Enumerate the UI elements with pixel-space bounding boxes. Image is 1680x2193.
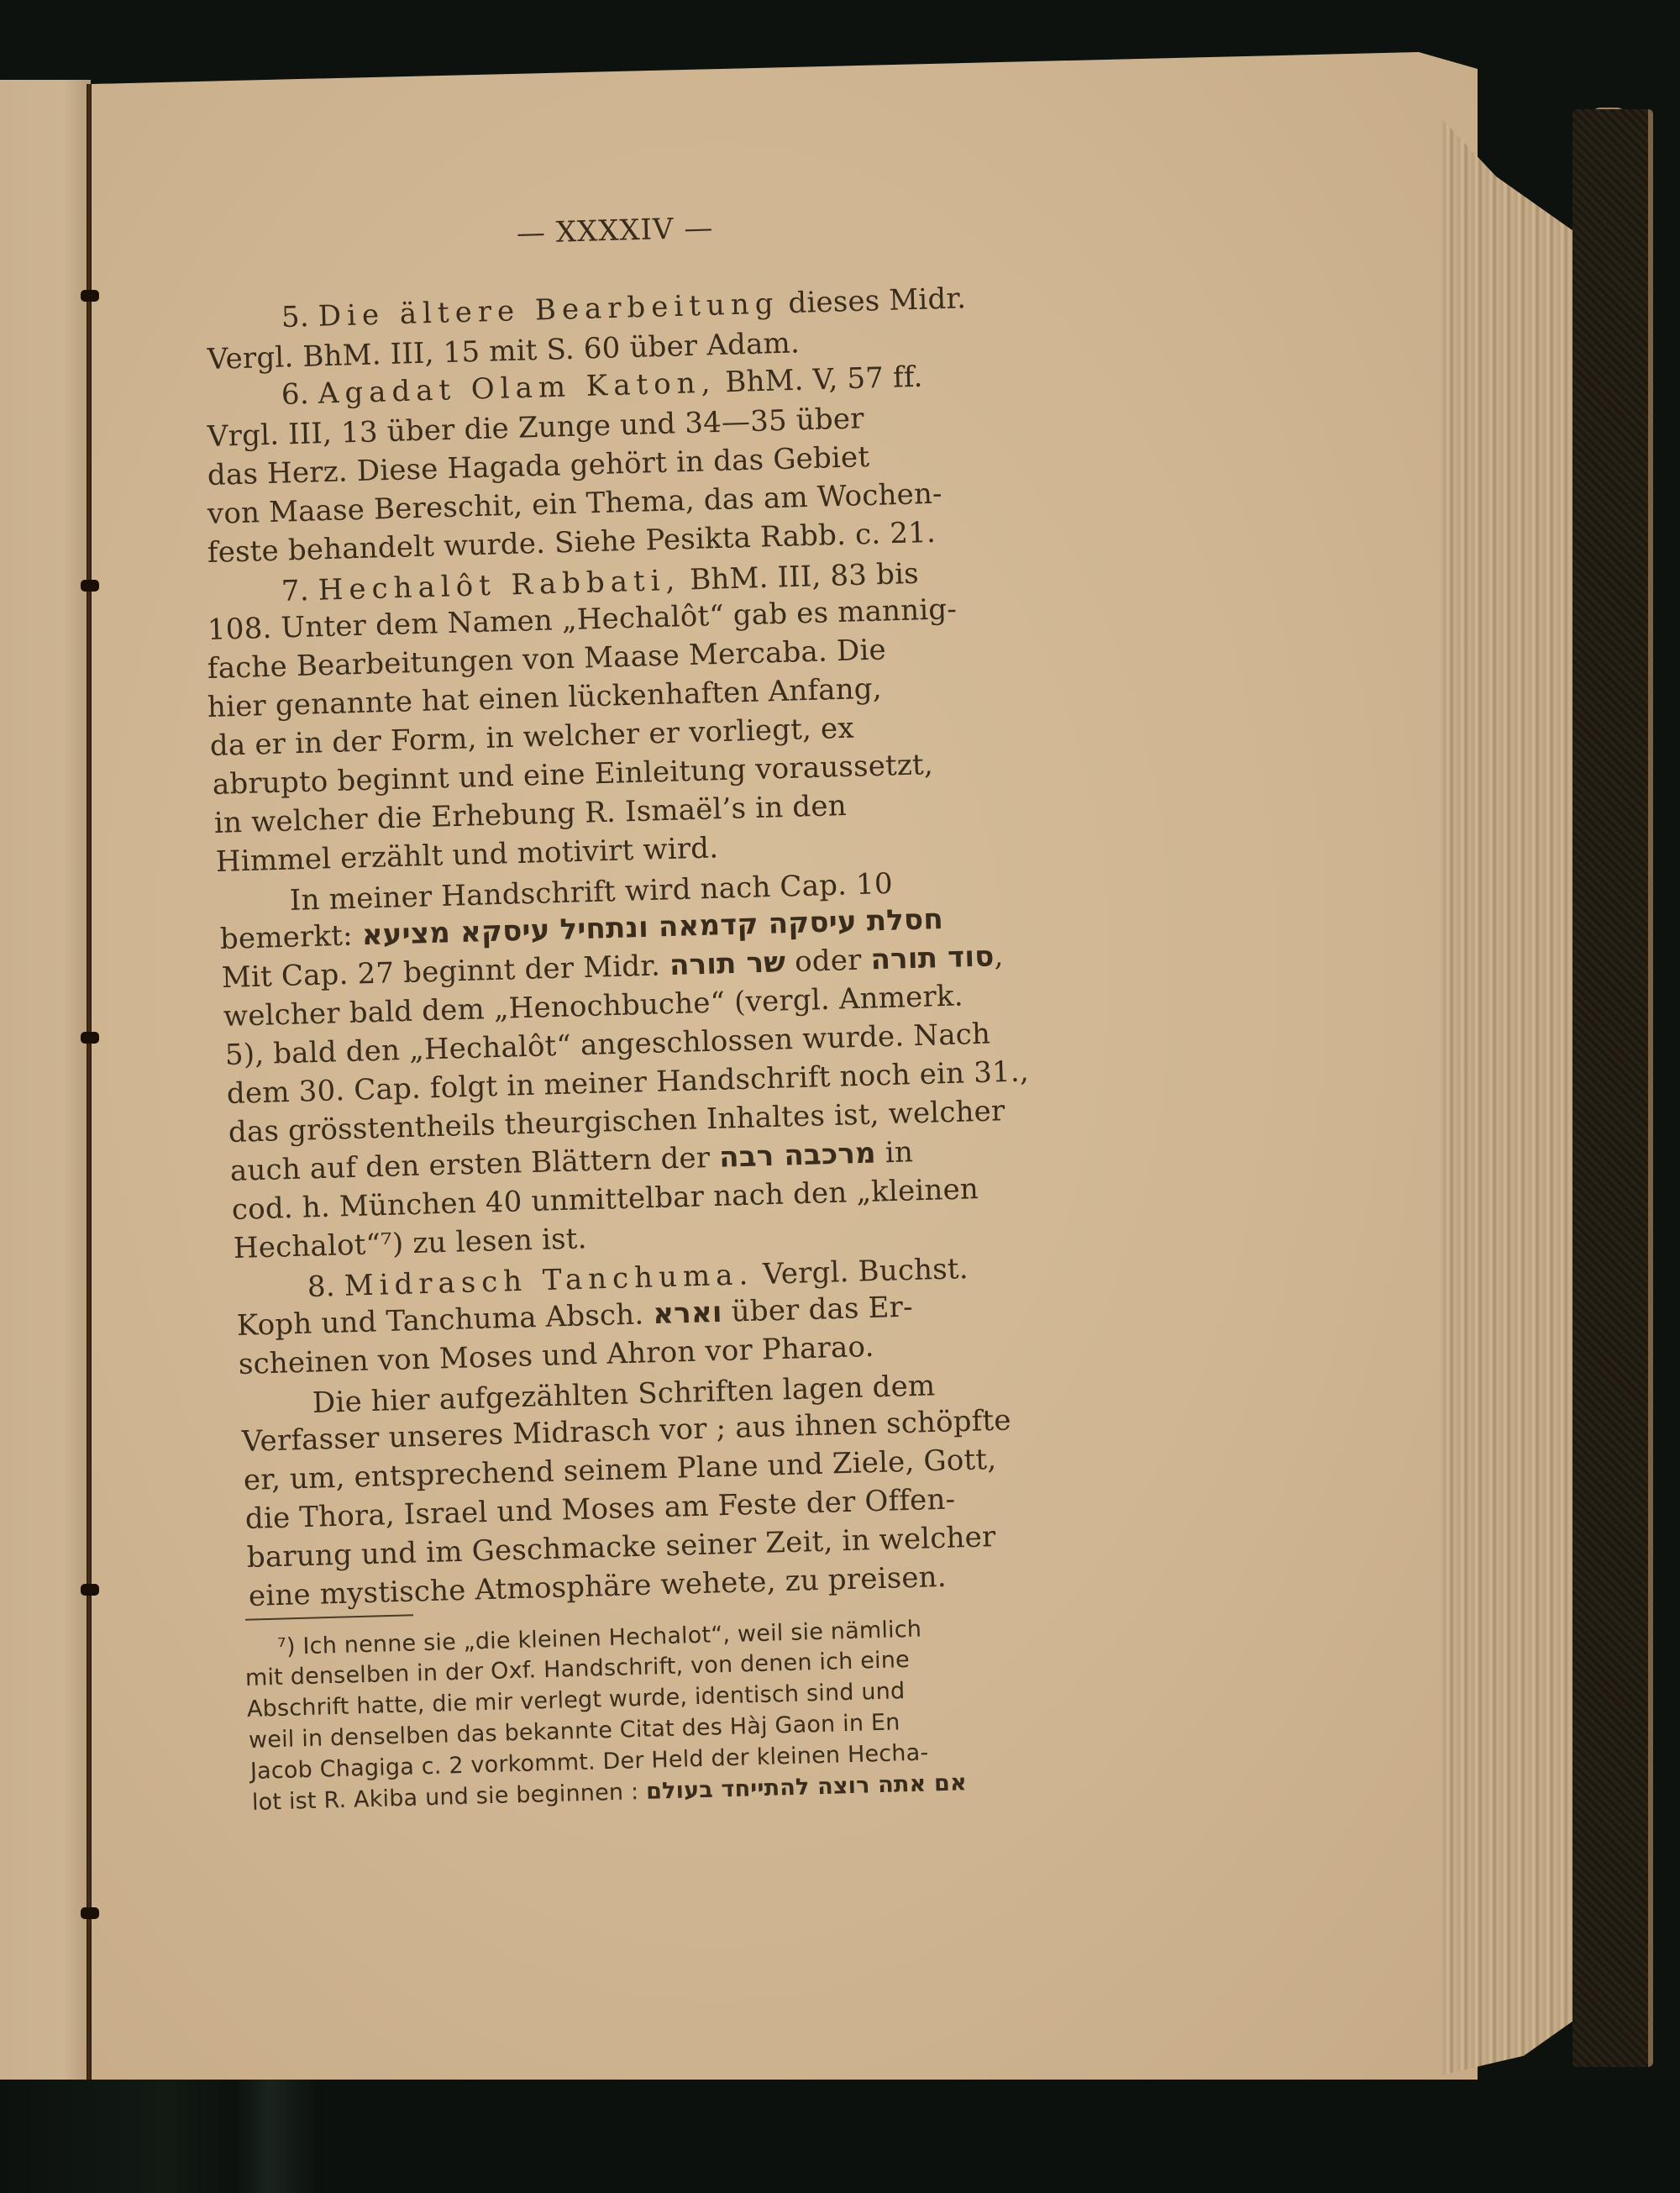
hebrew-text: אם אתה רוצה להתייחד בעולם — [646, 1770, 968, 1805]
body-line: Hechalot“⁷) zu lesen ist. — [233, 1222, 587, 1265]
emphasized-title: Agadat Olam Katon, — [318, 366, 717, 411]
text-run: lot ist R. Akiba und sie beginnen : — [252, 1779, 647, 1816]
text-run: BhM. V, 57 ff. — [716, 360, 923, 400]
text-run: oder — [785, 943, 872, 979]
hebrew-text: וארא — [653, 1296, 723, 1331]
body-line: Himmel erzählt und motivirt wird. — [215, 831, 718, 879]
text-run: 7. — [281, 574, 318, 608]
text-run: BhM. III, 83 bis — [680, 557, 920, 597]
hebrew-text: שר תורה — [669, 945, 785, 982]
hebrew-text: מרכבה רבה — [719, 1137, 877, 1175]
text-run: bemerkt: — [219, 918, 362, 956]
text-run: Hechalot“⁷) zu lesen ist. — [233, 1222, 587, 1265]
text-run: Vergl. Buchst. — [753, 1252, 969, 1291]
text-run: Mit Cap. 27 beginnt der Midr. — [221, 949, 669, 995]
text-run: Koph und Tanchuma Absch. — [236, 1297, 653, 1343]
text-run: 5. — [281, 300, 318, 334]
text-run: 6. — [281, 377, 318, 412]
running-head: — XXXXIV — — [516, 211, 713, 250]
emphasized-title: Die ältere Bearbeitung — [318, 287, 780, 333]
hebrew-text: סוד תורה — [870, 939, 995, 976]
text-run: dieses Midr. — [779, 281, 967, 320]
text-run: 8. — [307, 1270, 344, 1304]
body-line: 5. Die ältere Bearbeitung dieses Midr. — [281, 281, 966, 334]
emphasized-title: Hechalôt Rabbati, — [318, 564, 681, 607]
text-run: in — [875, 1135, 913, 1170]
text-run: , — [994, 939, 1004, 973]
text-run: Himmel erzählt und motivirt wird. — [215, 831, 718, 879]
footnote-rule — [245, 1614, 413, 1621]
text-run: über das Er- — [722, 1291, 913, 1329]
page-text: — XXXXIV — 5. Die ältere Bearbeitung die… — [0, 0, 1680, 2193]
